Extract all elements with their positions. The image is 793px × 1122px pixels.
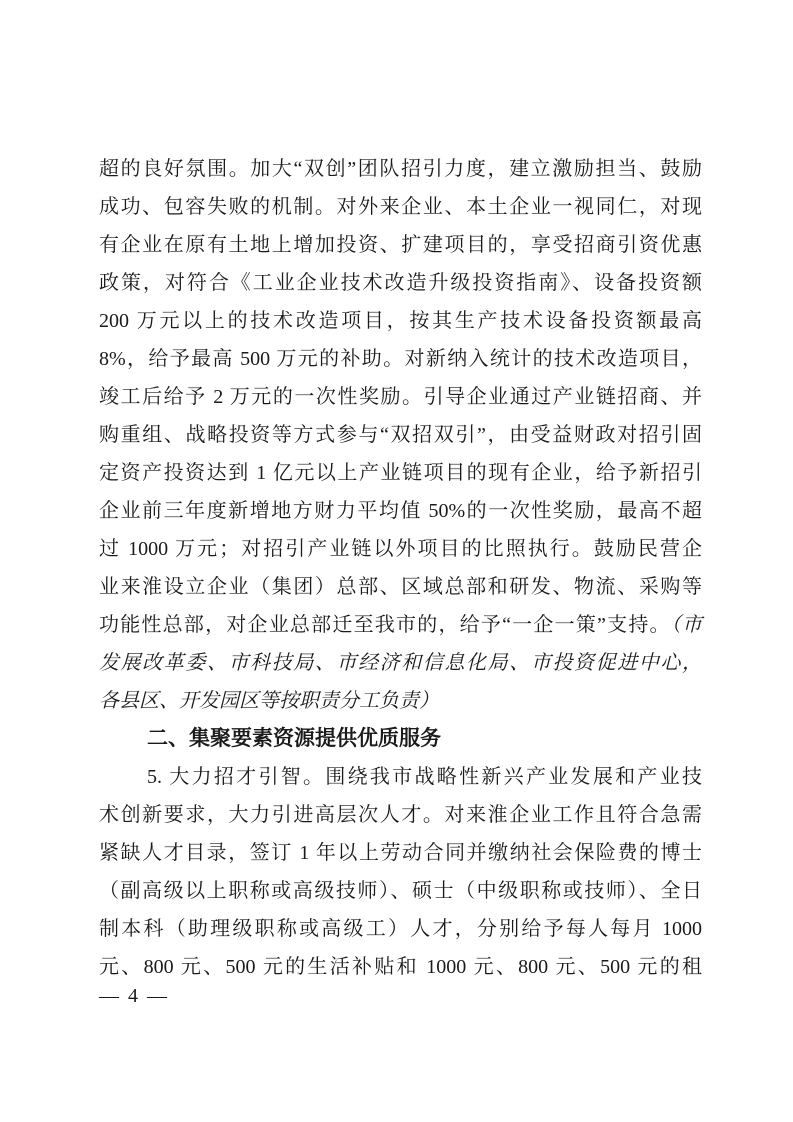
text-line: 成功、包容失败的机制。对外来企业、本土企业一视同仁，对现	[99, 188, 702, 226]
text-line: 8%，给予最高 500 万元的补助。对新纳入统计的技术改造项目，	[99, 340, 702, 378]
page-number: — 4 —	[99, 985, 169, 1008]
text-line: 术创新要求，大力引进高层次人才。对来淮企业工作且符合急需	[99, 796, 702, 834]
text-line: 业来淮设立企业（集团）总部、区域总部和研发、物流、采购等	[99, 568, 702, 606]
text-line: 元、800 元、500 元的生活补贴和 1000 元、800 元、500 元的租	[99, 948, 702, 986]
text-line: 5. 大力招才引智。围绕我市战略性新兴产业发展和产业技	[99, 758, 702, 796]
text-segment: 功能性总部，对企业总部迁至我市的，给予“一企一策”支持。	[99, 614, 671, 636]
text-line: 200 万元以上的技术改造项目，按其生产技术设备投资额最高	[99, 302, 702, 340]
text-line: 企业前三年度新增地方财力平均值 50%的一次性奖励，最高不超	[99, 492, 702, 530]
text-line: 购重组、战略投资等方式参与“双招双引”，由受益财政对招引固	[99, 416, 702, 454]
text-line: 竣工后给予 2 万元的一次性奖励。引导企业通过产业链招商、并	[99, 378, 702, 416]
section-heading: 二、集聚要素资源提供优质服务	[99, 720, 702, 758]
document-page: 超的良好氛围。加大“双创”团队招引力度，建立激励担当、鼓励 成功、包容失败的机制…	[0, 0, 793, 1122]
text-line: 过 1000 万元；对招引产业链以外项目的比照执行。鼓励民营企	[99, 530, 702, 568]
text-line: 超的良好氛围。加大“双创”团队招引力度，建立激励担当、鼓励	[99, 150, 702, 188]
text-line: （副高级以上职称或高级技师）、硕士（中级职称或技师）、全日	[99, 872, 702, 910]
text-line: 紧缺人才目录，签订 1 年以上劳动合同并缴纳社会保险费的博士	[99, 834, 702, 872]
text-line: 定资产投资达到 1 亿元以上产业链项目的现有企业，给予新招引	[99, 454, 702, 492]
responsible-units-note: 发展改革委、市科技局、市经济和信息化局、市投资促进中心，	[99, 644, 702, 682]
responsible-units-note: 各县区、开发园区等按职责分工负责）	[99, 682, 702, 720]
text-line: 功能性总部，对企业总部迁至我市的，给予“一企一策”支持。（市	[99, 606, 702, 644]
text-line: 有企业在原有土地上增加投资、扩建项目的，享受招商引资优惠	[99, 226, 702, 264]
text-line: 政策，对符合《工业企业技术改造升级投资指南》、设备投资额	[99, 264, 702, 302]
document-body: 超的良好氛围。加大“双创”团队招引力度，建立激励担当、鼓励 成功、包容失败的机制…	[99, 150, 702, 986]
responsible-units-note: （市	[671, 614, 702, 636]
text-line: 制本科（助理级职称或高级工）人才，分别给予每人每月 1000	[99, 910, 702, 948]
